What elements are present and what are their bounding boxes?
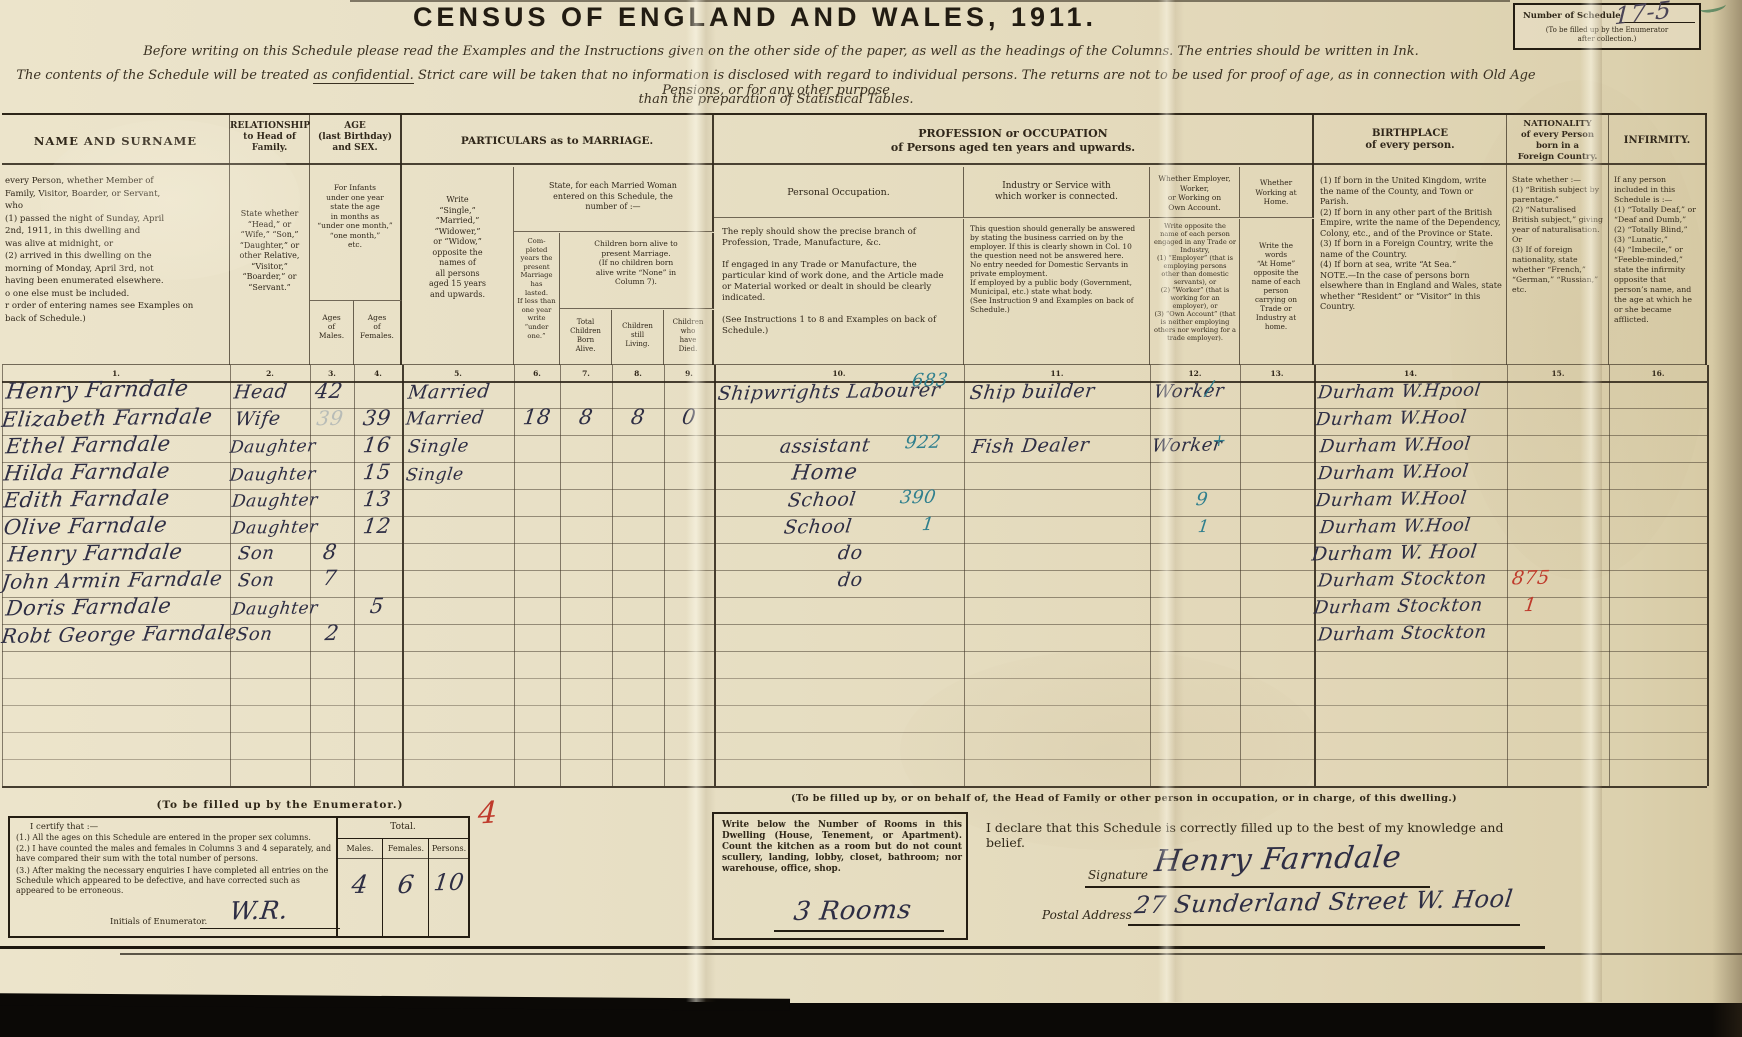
col-name-title: NAME AND SURNAME xyxy=(2,115,230,167)
nationality-mark: 875 xyxy=(1510,565,1551,593)
grid-line xyxy=(402,365,404,786)
grid-line xyxy=(1507,365,1508,786)
schedule-number-box: Number of Schedule (To be filled up by t… xyxy=(1513,3,1701,50)
col-industry-instructions: This question should generally be answer… xyxy=(964,219,1150,365)
col-nationality-title: NATIONALITY of every Person born in a Fo… xyxy=(1507,115,1609,167)
col-children-died-title: Children who have Died. xyxy=(664,310,714,365)
grid-line xyxy=(2,732,1707,733)
col-employment-instructions: Write opposite the name of each person e… xyxy=(1150,219,1240,365)
col-children-born-title: Total Children Born Alive. xyxy=(560,310,612,365)
col-num: 13. xyxy=(1240,369,1314,378)
employment-cell: Worker xyxy=(1152,378,1225,406)
birthplace-cell: Durham W.Hool xyxy=(1318,513,1472,543)
totals-divider xyxy=(336,818,338,936)
persons-value: 10 xyxy=(428,870,469,897)
occupation-cell: assistant xyxy=(778,432,872,461)
relationship-cell: Daughter xyxy=(230,595,319,623)
children-born-note: Children born alive to present Marriage.… xyxy=(560,233,714,309)
col-athome-title: Whether Working at Home. xyxy=(1240,167,1314,218)
relationship-cell: Daughter xyxy=(228,433,317,461)
occupation-cell: School xyxy=(782,513,853,541)
relationship-cell: Daughter xyxy=(228,461,317,489)
grid-line xyxy=(2,786,1707,788)
birthplace-cell: Durham W.Hool xyxy=(1314,405,1468,435)
declaration-heading: (To be filled up by, or on behalf of, th… xyxy=(714,793,1534,804)
employment-mark: + xyxy=(1210,428,1228,455)
rooms-value: 3 Rooms xyxy=(792,895,913,927)
address-label: Postal Address xyxy=(1042,908,1132,922)
col-relationship-instructions: State whether “Head,” or “Wife,” “Son,” … xyxy=(230,167,310,365)
age-female-cell: 16 xyxy=(352,432,401,460)
children-living-cell: 8 xyxy=(610,404,665,432)
col-employment-title: Whether Employer, Worker, or Working on … xyxy=(1150,167,1240,218)
grid-line xyxy=(1707,365,1709,786)
relationship-cell: Wife xyxy=(233,406,282,434)
occupation-cell: Home xyxy=(790,458,859,486)
years-married-cell: 18 xyxy=(512,404,561,432)
name-cell: Henry Farndale xyxy=(6,538,184,568)
header-confidential-2: than the preparation of Statistical Tabl… xyxy=(0,92,1552,107)
children-died-cell: 0 xyxy=(662,404,715,432)
col-relationship-title: RELATIONSHIP to Head of Family. xyxy=(230,115,310,167)
birthplace-cell: Durham Stockton xyxy=(1316,620,1488,650)
col-age-females-title: Ages of Females. xyxy=(354,300,402,365)
rooms-box: Write below the Number of Rooms in this … xyxy=(712,812,968,940)
col-name-instructions: every Person, whether Member of Family, … xyxy=(2,167,230,365)
schedule-number-label: Number of Schedule xyxy=(1523,11,1621,21)
age-female-cell: 15 xyxy=(352,459,401,487)
grid-line xyxy=(1240,365,1241,786)
birthplace-cell: Durham W.Hool xyxy=(1316,459,1470,489)
relationship-cell: Son xyxy=(234,622,274,650)
grid-line xyxy=(2,651,1707,652)
col-children-living-title: Children still Living. xyxy=(612,310,664,365)
relationship-cell: Son xyxy=(236,568,276,596)
name-cell: Hilda Farndale xyxy=(2,458,171,488)
table-header-body: every Person, whether Member of Family, … xyxy=(2,167,1707,365)
marriage-cell: Single xyxy=(404,462,465,490)
age-infants-note: For Infants under one year state the age… xyxy=(310,167,402,300)
occupation-code: 683 xyxy=(910,368,949,396)
col-num: 12. xyxy=(1150,369,1240,378)
relationship-cell: Daughter xyxy=(230,514,319,542)
census-schedule-page: CENSUS OF ENGLAND AND WALES, 1911. Befor… xyxy=(0,0,1742,1037)
relationship-cell: Head xyxy=(232,379,289,407)
col-num: 11. xyxy=(964,369,1150,378)
females-label: Females. xyxy=(384,844,428,853)
certify-item-1: (1.) All the ages on this Schedule are e… xyxy=(16,833,334,843)
col-num: 2. xyxy=(230,369,310,378)
profession-group-title: PROFESSION or OCCUPATION of Persons aged… xyxy=(714,115,1314,167)
confidential-emph: as confidential. xyxy=(313,68,414,84)
marriage-cell: Married xyxy=(406,378,491,406)
relationship-cell: Son xyxy=(236,541,276,569)
scan-bottom-edge xyxy=(0,1003,1742,1037)
bottom-rule xyxy=(0,946,1545,949)
females-value: 6 xyxy=(382,870,430,900)
name-cell: Edith Farndale xyxy=(2,485,171,515)
col-num: 3. xyxy=(310,369,354,378)
col-age-group-title: AGE (last Birthday) and SEX. xyxy=(310,115,402,167)
age-female-cell: 12 xyxy=(352,513,401,541)
col-birthplace-instructions: (1) If born in the United Kingdom, write… xyxy=(1314,167,1507,365)
enumerator-box: I certify that :— (1.) All the ages on t… xyxy=(8,816,470,938)
totals-label-line xyxy=(338,858,468,859)
totals-header-line xyxy=(338,838,468,839)
age-male-cell: 2 xyxy=(308,620,355,648)
birthplace-cell: Durham Stockton xyxy=(1312,593,1484,623)
col-num: 15. xyxy=(1507,369,1609,378)
occupation-code: 390 xyxy=(898,485,937,513)
birthplace-cell: Durham W. Hool xyxy=(1310,539,1479,569)
col-num: 8. xyxy=(612,369,664,378)
signature-label: Signature xyxy=(1088,868,1148,882)
certify-item-2: (2.) I have counted the males and female… xyxy=(16,844,334,864)
grid-line xyxy=(230,365,231,786)
marriage-group-title: PARTICULARS as to MARRIAGE. xyxy=(402,115,714,167)
col-years-married-instructions: Com- pleted years the present Marriage h… xyxy=(514,233,560,365)
schedule-number-note: (To be filled up by the Enumerator after… xyxy=(1519,26,1695,44)
enumerator-red-mark: 4 xyxy=(477,795,498,831)
col-num: 4. xyxy=(354,369,402,378)
industry-cell: Fish Dealer xyxy=(970,432,1091,461)
grid-line xyxy=(714,365,716,786)
persons-label: Persons. xyxy=(430,844,468,853)
enumerator-heading: (To be filled up by the Enumerator.) xyxy=(60,799,500,811)
industry-cell: Ship builder xyxy=(968,378,1096,407)
confidential-pre: The contents of the Schedule will be tre… xyxy=(16,68,313,83)
employment-mark: 1 xyxy=(1196,514,1211,541)
nationality-mark: 1 xyxy=(1522,592,1538,619)
certify-item-3: (3.) After making the necessary enquirie… xyxy=(16,866,334,896)
col-infirmity-instructions: If any person included in this Schedule … xyxy=(1609,167,1707,365)
header-instruction: Before writing on this Schedule please r… xyxy=(0,44,1562,59)
name-cell: Elizabeth Farndale xyxy=(0,403,214,434)
occupation-cell: do xyxy=(836,540,864,567)
males-value: 4 xyxy=(336,870,384,900)
age-female-cell: 39 xyxy=(352,405,401,433)
age-male-cell: 7 xyxy=(306,565,353,593)
col-industry-title: Industry or Service with which worker is… xyxy=(964,167,1150,218)
col-num: 5. xyxy=(402,369,514,378)
children-born-cell: 8 xyxy=(558,404,613,432)
col-num: 9. xyxy=(664,369,714,378)
col-num: 1. xyxy=(2,369,230,378)
name-cell: Olive Farndale xyxy=(2,512,169,542)
employment-mark: 9 xyxy=(1194,487,1209,514)
age-male-cell: 42 xyxy=(304,378,353,406)
age-male-erased: 39 xyxy=(306,405,353,433)
age-female-cell: 5 xyxy=(352,593,401,621)
males-label: Males. xyxy=(338,844,382,853)
totals-header: Total. xyxy=(338,822,468,832)
relationship-cell: Daughter xyxy=(230,487,319,515)
occupation-code: 1 xyxy=(920,512,935,539)
grid-line xyxy=(1609,365,1610,786)
scan-right-edge xyxy=(1712,0,1742,1037)
name-cell: John Armin Farndale xyxy=(0,565,224,596)
birthplace-cell: Durham Stockton xyxy=(1316,566,1488,596)
col-num: 14. xyxy=(1314,369,1507,378)
rooms-text: Write below the Number of Rooms in this … xyxy=(722,820,962,875)
col-athome-instructions: Write the words “At Home” opposite the n… xyxy=(1240,219,1314,365)
name-cell: Ethel Farndale xyxy=(4,431,172,461)
col-occupation-instructions: The reply should show the precise branch… xyxy=(714,219,964,365)
grid-line xyxy=(2,705,1707,706)
col-marital-instructions: Write “Single,” “Married,” “Widower,” or… xyxy=(402,167,514,365)
signature-value: Henry Farndale xyxy=(1153,840,1404,879)
col-birthplace-title: BIRTHPLACE of every person. xyxy=(1314,115,1507,167)
age-male-cell: 8 xyxy=(306,539,353,567)
table-header-titles: NAME AND SURNAME RELATIONSHIP to Head of… xyxy=(2,113,1707,165)
marriage-cell: Single xyxy=(406,433,470,461)
rooms-underline xyxy=(774,930,944,932)
occupation-code: 922 xyxy=(903,430,942,458)
page-title: CENSUS OF ENGLAND AND WALES, 1911. xyxy=(155,2,1355,33)
birthplace-cell: Durham W.Hpool xyxy=(1316,378,1482,408)
occupation-cell: Shipwrights Labourer xyxy=(716,377,942,408)
occupation-cell: do xyxy=(836,567,864,594)
col-num: 16. xyxy=(1609,369,1707,378)
col-age-males-title: Ages of Males. xyxy=(310,300,354,365)
bottom-rule-2 xyxy=(120,953,1742,955)
grid-line xyxy=(964,365,965,786)
certify-intro: I certify that :— xyxy=(30,822,98,832)
name-cell: Henry Farndale xyxy=(4,376,190,406)
col-nationality-instructions: State whether :— (1) “British subject by… xyxy=(1507,167,1609,365)
col-occupation-title: Personal Occupation. xyxy=(714,167,964,218)
grid-line xyxy=(1150,365,1151,786)
marriage-cell: Married xyxy=(404,405,485,433)
col-infirmity-title: INFIRMITY. xyxy=(1609,115,1707,167)
grid-line xyxy=(2,678,1707,679)
birthplace-cell: Durham W.Hool xyxy=(1318,432,1472,462)
col-num: 7. xyxy=(560,369,612,378)
address-underline xyxy=(1128,924,1520,926)
initials-label: Initials of Enumerator. xyxy=(110,917,207,927)
name-cell: Doris Farndale xyxy=(4,593,173,623)
married-woman-note: State, for each Married Woman entered on… xyxy=(514,167,714,232)
birthplace-cell: Durham W.Hool xyxy=(1314,486,1468,516)
grid-line xyxy=(2,759,1707,760)
occupation-cell: School xyxy=(786,486,857,514)
name-cell: Robt George Farndale xyxy=(0,619,238,650)
age-female-cell: 13 xyxy=(352,486,401,514)
initials-line xyxy=(200,928,340,929)
col-num: 6. xyxy=(514,369,560,378)
initials-value: W.R. xyxy=(228,895,290,925)
address-value: 27 Sunderland Street W. Hool xyxy=(1133,885,1515,920)
